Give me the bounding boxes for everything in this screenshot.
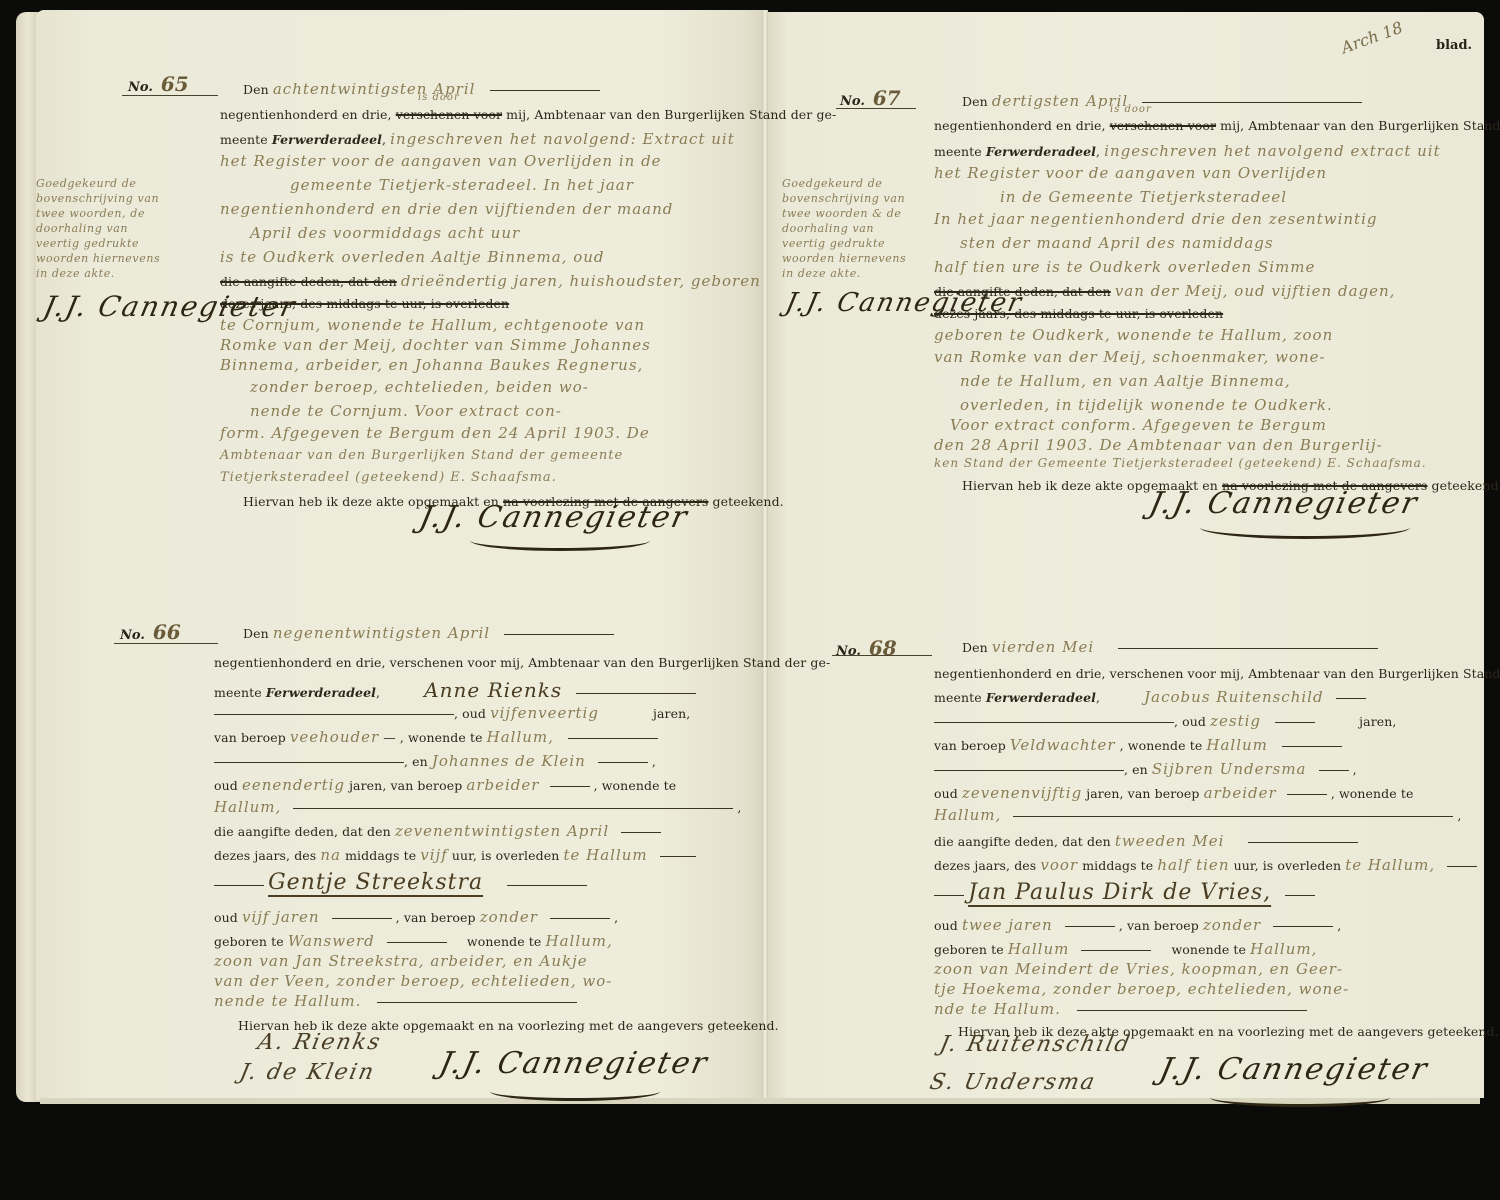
deceased-name: Gentje Streekstra	[268, 870, 483, 895]
signature-declarant1: J. Ruitenschild	[937, 1032, 1133, 1057]
blad-label: blad.	[1436, 38, 1472, 53]
margin-signature: J.J. Cannegieter	[40, 290, 299, 323]
entry-number: No.67	[840, 86, 901, 110]
deceased-name: Jan Paulus Dirk de Vries,	[968, 880, 1271, 905]
margin-signature: J.J. Cannegieter	[783, 288, 1026, 318]
registrar-signature: J.J. Cannegieter	[436, 1046, 711, 1081]
number-underline	[122, 95, 218, 96]
signature-declarant2: S. Undersma	[927, 1070, 1098, 1095]
declarant1-name: Anne Rienks	[424, 678, 562, 702]
date-line: Den negenentwintigsten April	[243, 624, 614, 642]
margin-approval-note: Goedgekeurd de bovenschrijving van twee …	[782, 176, 906, 281]
signature-declarant1: A. Rienks	[255, 1030, 384, 1055]
register-book-spread: Arch 18 blad. No.65 Den achtentwintigste…	[0, 0, 1500, 1200]
inserted-text: is door	[418, 92, 460, 103]
signature-declarant2: J. de Klein	[237, 1060, 377, 1085]
entry-number: No.66	[120, 620, 181, 644]
margin-approval-note: Goedgekeurd de bovenschrijving van twee …	[36, 176, 160, 281]
preamble-line: negentienhonderd en drie, verschenen voo…	[220, 107, 836, 122]
entry-number: No.65	[128, 72, 189, 96]
entry-number: No.68	[836, 636, 897, 660]
municipality-line: meente Ferwerderadeel, ingeschreven het …	[220, 130, 735, 148]
signature-flourish	[470, 530, 650, 551]
book-gutter	[762, 10, 768, 1102]
registrar-signature: J.J. Cannegieter	[1156, 1052, 1431, 1087]
